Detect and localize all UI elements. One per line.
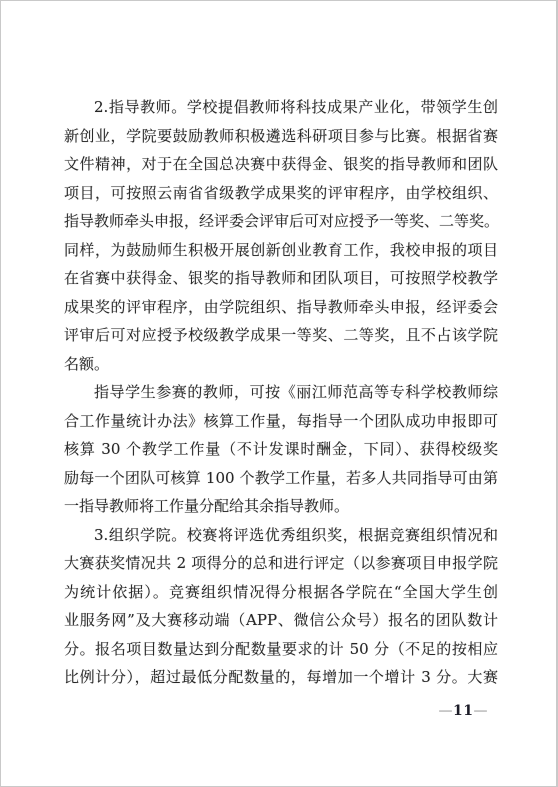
page-number-value: 11	[453, 703, 473, 719]
text-line: 名额。	[64, 350, 498, 379]
page-number-dash-right: —	[474, 703, 489, 719]
scanned-document-page: { "page": { "background_color": "#ffffff…	[0, 0, 558, 787]
text-line: 励每一个团队可核算 100 个教学工作量，若多人共同指导可由第	[64, 464, 498, 493]
text-line: 大赛获奖情况共 2 项得分的总和进行评定（以参赛项目申报学院	[64, 549, 498, 578]
page-number-dash-left: —	[439, 703, 454, 719]
text-line: 比例计分），超过最低分配数量的，每增加一个增计 3 分。大赛	[64, 663, 498, 692]
text-line: 2.指导教师。学校提倡教师将科技成果产业化，带领学生创	[64, 93, 498, 122]
text-line: 新创业，学院要鼓励教师积极遴选科研项目参与比赛。根据省赛	[64, 122, 498, 151]
text-line: 文件精神，对于在全国总决赛中获得金、银奖的指导教师和团队	[64, 150, 498, 179]
document-body: 2.指导教师。学校提倡教师将科技成果产业化，带领学生创 新创业，学院要鼓励教师积…	[64, 93, 498, 692]
text-line: 项目，可按照云南省省级教学成果奖的评审程序，由学校组织、	[64, 179, 498, 208]
text-line: 业服务网”及大赛移动端（APP、微信公众号）报名的团队数计	[64, 606, 498, 635]
text-line: 成果奖的评审程序，由学院组织、指导教师牵头申报，经评委会	[64, 293, 498, 322]
text-line: 一指导教师将工作量分配给其余指导教师。	[64, 492, 498, 521]
text-line: 在省赛中获得金、银奖的指导教师和团队项目，可按照学校教学	[64, 264, 498, 293]
text-line: 3.组织学院。校赛将评选优秀组织奖，根据竞赛组织情况和	[64, 521, 498, 550]
text-line: 指导学生参赛的教师，可按《丽江师范高等专科学校教师综	[64, 378, 498, 407]
text-line: 同样，为鼓励师生积极开展创新创业教育工作，我校申报的项目	[64, 236, 498, 265]
text-line: 合工作量统计办法》核算工作量，每指导一个团队成功申报即可	[64, 407, 498, 436]
text-line: 核算 30 个教学工作量（不计发课时酬金，下同）、获得校级奖	[64, 435, 498, 464]
page-number: —11—	[439, 702, 488, 720]
text-line: 为统计依据）。竞赛组织情况得分根据各学院在“全国大学生创	[64, 578, 498, 607]
text-line: 分。报名项目数量达到分配数量要求的计 50 分（不足的按相应	[64, 635, 498, 664]
text-line: 指导教师牵头申报，经评委会评审后可对应授予一等奖、二等奖。	[64, 207, 498, 236]
text-line: 评审后可对应授予校级教学成果一等奖、二等奖，且不占该学院	[64, 321, 498, 350]
